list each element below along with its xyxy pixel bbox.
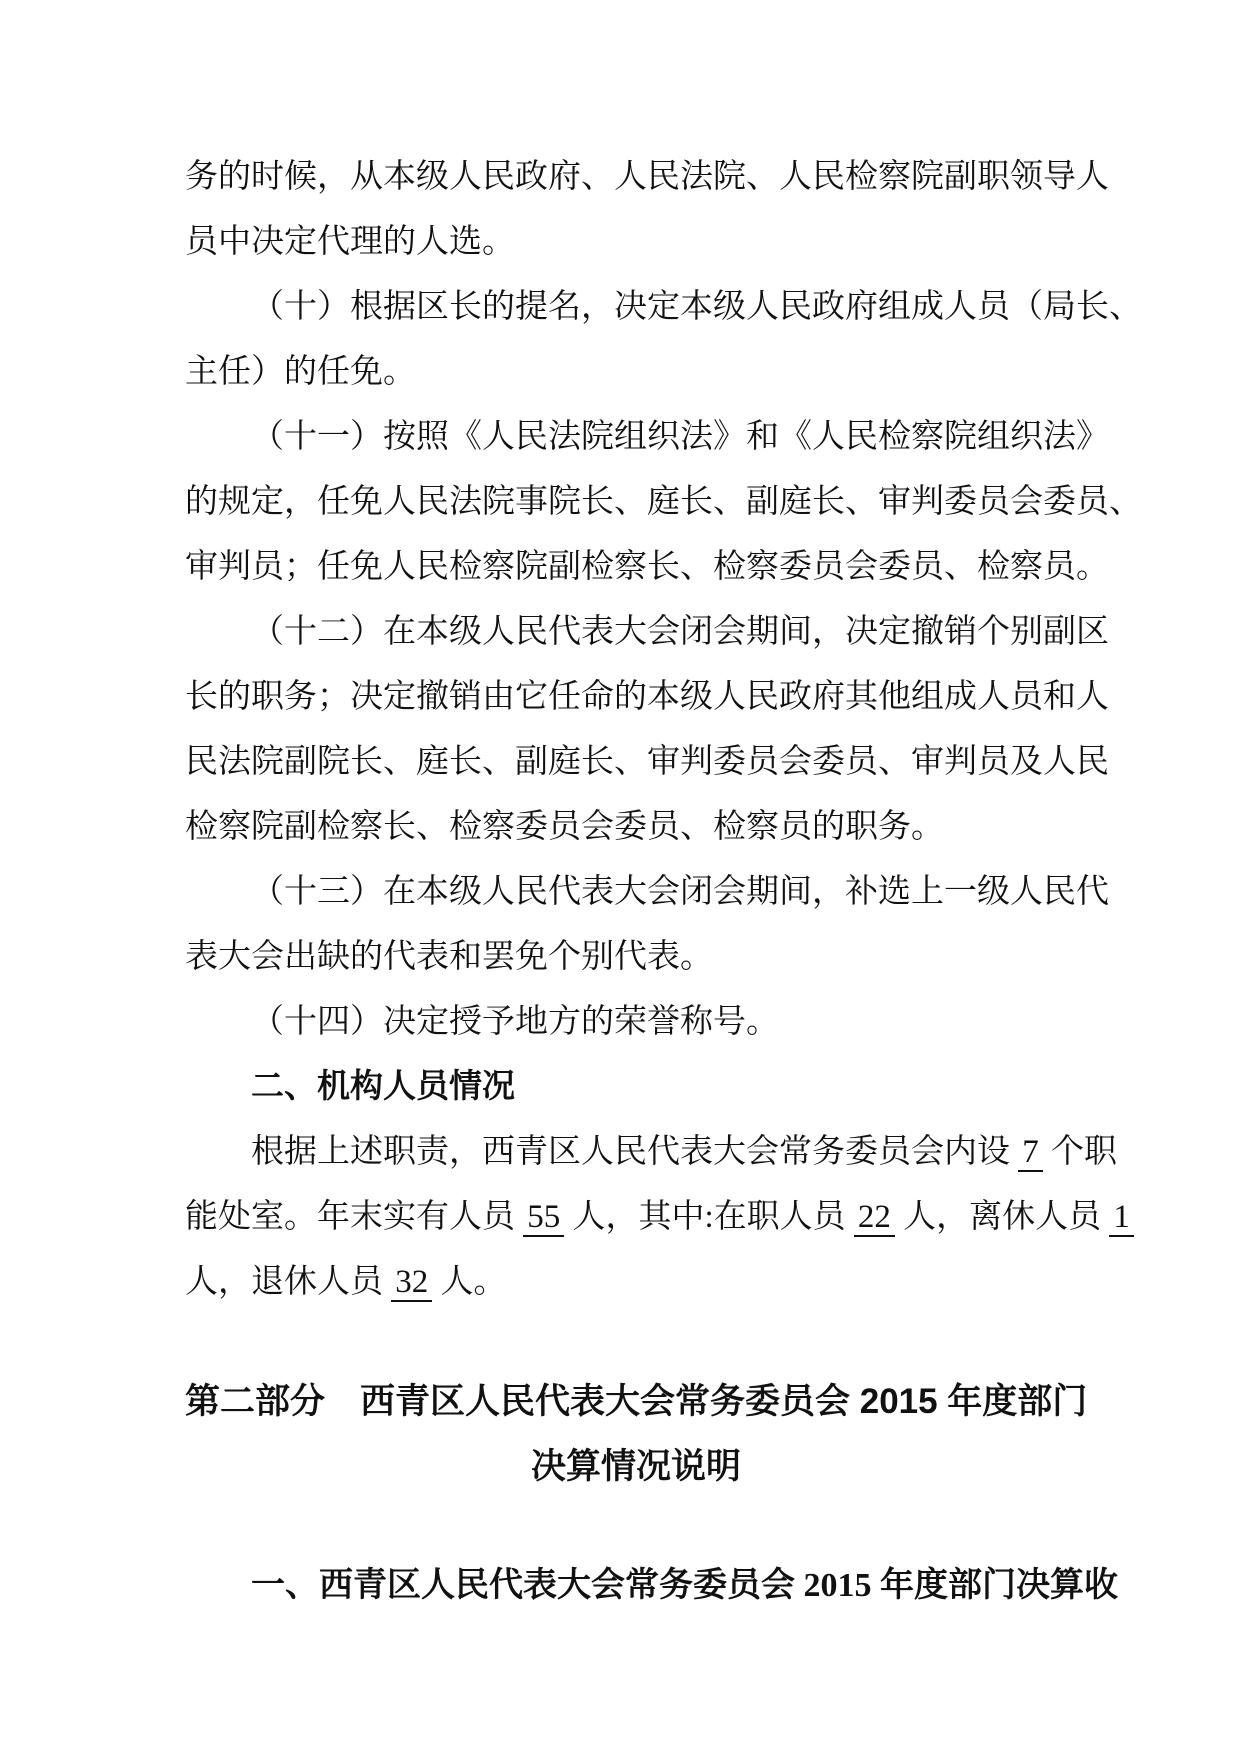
text-line: 长的职务；决定撤销由它任命的本级人民政府其他组成人员和人 — [185, 665, 1087, 730]
text-segment: 长的职务；决定撤销由它任命的本级人民政府其他组成人员和人 — [185, 679, 1109, 715]
text-line: 民法院副院长、庭长、副庭长、审判委员会委员、审判员及人民 — [185, 730, 1087, 795]
text-segment: 审判员；任免人民检察院副检察长、检察委员会委员、检察员。 — [185, 549, 1109, 585]
paragraph-spacer — [185, 1499, 1087, 1553]
text-line: （十）根据区长的提名，决定本级人民政府组成人员（局长、 — [185, 275, 1087, 340]
text-segment: 员中决定代理的人选。 — [185, 224, 515, 260]
text-segment: 人，其中:在职人员 — [564, 1199, 854, 1235]
text-segment: 第二部分 西青区人民代表大会常务委员会 2015 年度部门 — [185, 1382, 1087, 1421]
text-line: 检察院副检察长、检察委员会委员、检察员的职务。 — [185, 795, 1087, 860]
underlined-value: 55 — [523, 1199, 564, 1237]
text-line: 根据上述职责，西青区人民代表大会常务委员会内设 7 个职 — [185, 1120, 1087, 1185]
text-line: （十三）在本级人民代表大会闭会期间，补选上一级人民代 — [185, 860, 1087, 925]
underlined-value: 22 — [854, 1199, 895, 1237]
text-line: （十二）在本级人民代表大会闭会期间，决定撤销个别副区 — [185, 600, 1087, 665]
paragraph-spacer — [185, 1315, 1087, 1369]
text-segment: （十三）在本级人民代表大会闭会期间，补选上一级人民代 — [251, 874, 1109, 910]
text-line: 表大会出缺的代表和罢免个别代表。 — [185, 925, 1087, 990]
text-line: 人，退休人员 32 人。 — [185, 1250, 1087, 1315]
text-segment: 二、机构人员情况 — [251, 1069, 515, 1105]
text-line: 第二部分 西青区人民代表大会常务委员会 2015 年度部门 — [185, 1369, 1087, 1434]
text-line: 决算情况说明 — [185, 1434, 1087, 1499]
text-segment: 主任）的任免。 — [185, 354, 416, 390]
text-segment: 民法院副院长、庭长、副庭长、审判委员会委员、审判员及人民 — [185, 744, 1109, 780]
underlined-value: 32 — [391, 1264, 432, 1302]
text-segment: 根据上述职责，西青区人民代表大会常务委员会内设 — [251, 1134, 1018, 1170]
text-segment: （十）根据区长的提名，决定本级人民政府组成人员（局长、 — [251, 289, 1142, 325]
text-segment: 的规定，任免人民法院事院长、庭长、副庭长、审判委员会委员、 — [185, 484, 1142, 520]
text-segment: 表大会出缺的代表和罢免个别代表。 — [185, 939, 713, 975]
text-segment: 人，离休人员 — [895, 1199, 1110, 1235]
text-line: （十四）决定授予地方的荣誉称号。 — [185, 990, 1087, 1055]
text-line: 主任）的任免。 — [185, 340, 1087, 405]
text-line: （十一）按照《人民法院组织法》和《人民检察院组织法》 — [185, 405, 1087, 470]
text-line: 能处室。年末实有人员 55 人，其中:在职人员 22 人，离休人员 1 — [185, 1185, 1087, 1250]
document-page: 务的时候，从本级人民政府、人民法院、人民检察院副职领导人员中决定代理的人选。（十… — [0, 0, 1241, 1754]
text-segment: 人，退休人员 — [185, 1264, 391, 1300]
text-segment: （十二）在本级人民代表大会闭会期间，决定撤销个别副区 — [251, 614, 1109, 650]
text-segment: 检察院副检察长、检察委员会委员、检察员的职务。 — [185, 809, 944, 845]
text-line: 的规定，任免人民法院事院长、庭长、副庭长、审判委员会委员、 — [185, 470, 1087, 535]
text-segment: 决算情况说明 — [531, 1447, 741, 1486]
underlined-value: 7 — [1018, 1134, 1043, 1172]
text-segment: 能处室。年末实有人员 — [185, 1199, 523, 1235]
text-segment: （十四）决定授予地方的荣誉称号。 — [251, 1004, 779, 1040]
text-segment: 务的时候，从本级人民政府、人民法院、人民检察院副职领导人 — [185, 159, 1109, 195]
text-line: 员中决定代理的人选。 — [185, 210, 1087, 275]
document-body: 务的时候，从本级人民政府、人民法院、人民检察院副职领导人员中决定代理的人选。（十… — [185, 145, 1087, 1618]
text-line: 务的时候，从本级人民政府、人民法院、人民检察院副职领导人 — [185, 145, 1087, 210]
text-segment: 个职 — [1043, 1134, 1117, 1170]
text-line: 一、西青区人民代表大会常务委员会 2015 年度部门决算收 — [185, 1553, 1087, 1618]
text-line: 二、机构人员情况 — [185, 1055, 1087, 1120]
text-segment: （十一）按照《人民法院组织法》和《人民检察院组织法》 — [251, 419, 1109, 455]
text-segment: 人。 — [432, 1264, 506, 1300]
text-line: 审判员；任免人民检察院副检察长、检察委员会委员、检察员。 — [185, 535, 1087, 600]
text-segment: 一、西青区人民代表大会常务委员会 2015 年度部门决算收 — [251, 1567, 1118, 1604]
underlined-value: 1 — [1109, 1199, 1134, 1237]
